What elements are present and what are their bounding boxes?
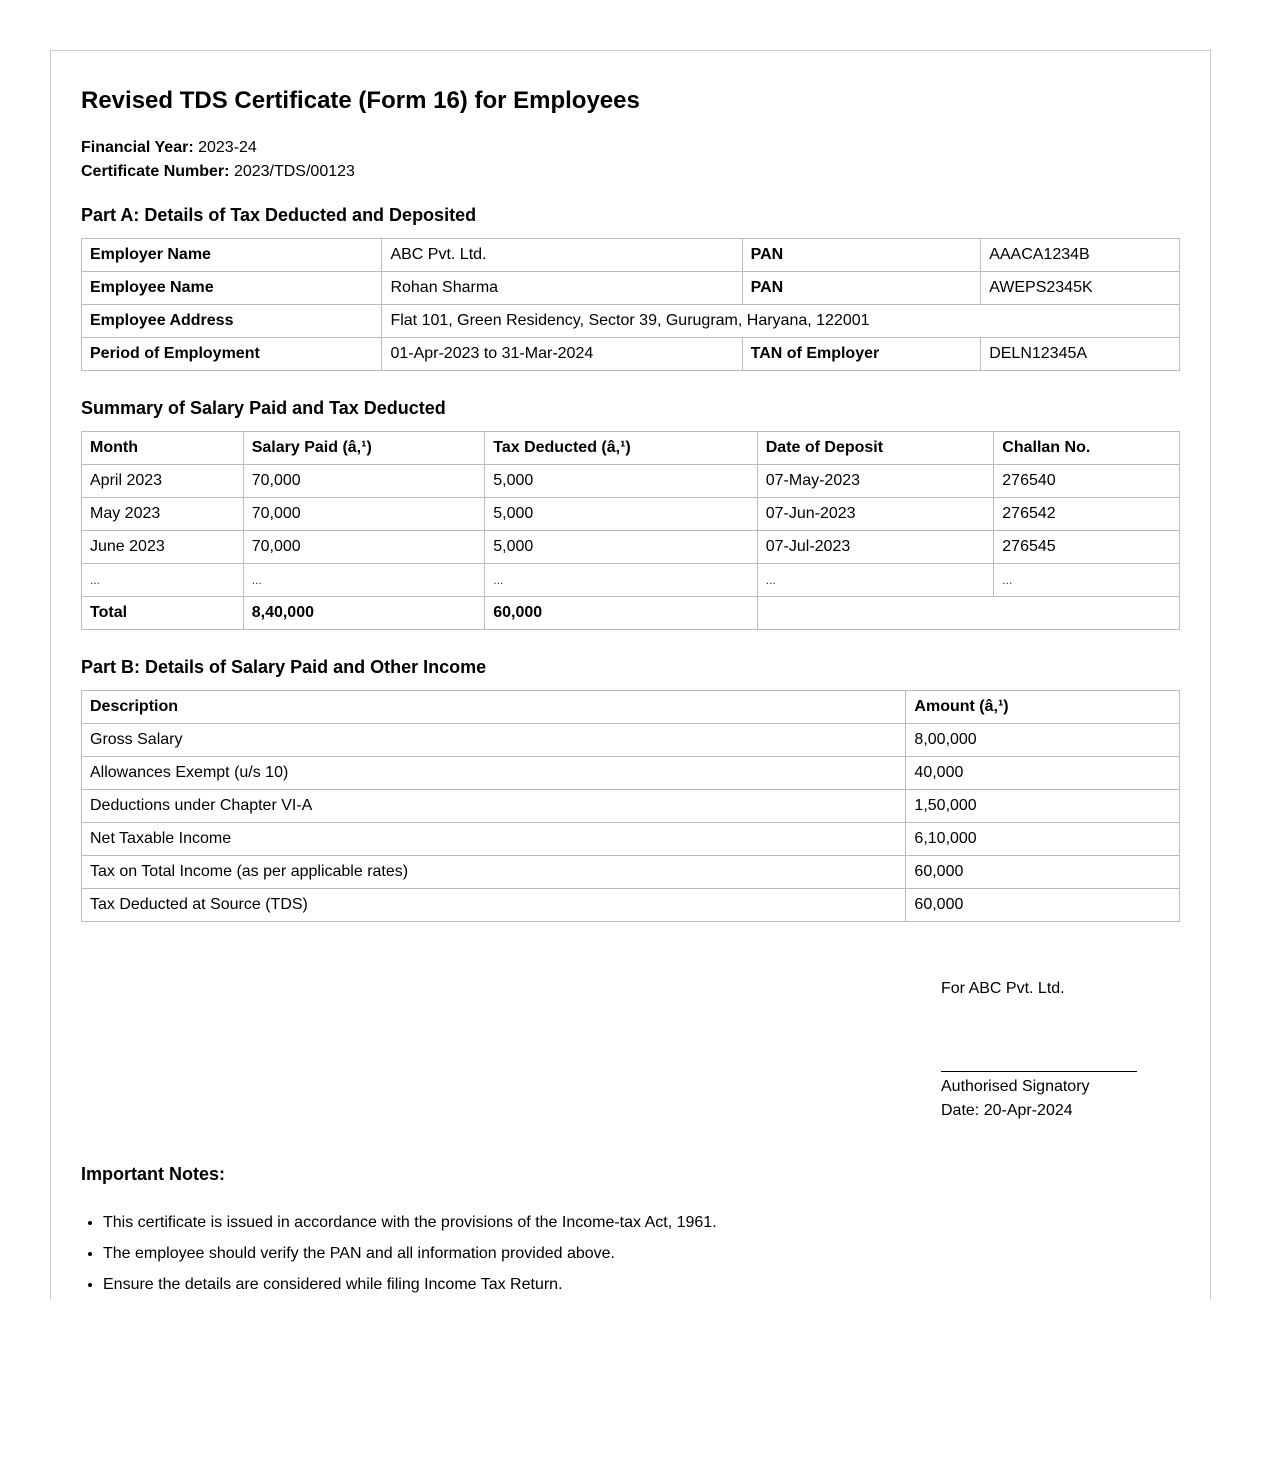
signature-line [941,1071,1137,1072]
amount-cell: 1,50,000 [906,790,1180,823]
employer-name-value: ABC Pvt. Ltd. [382,239,742,272]
table-row: Deductions under Chapter VI-A 1,50,000 [82,790,1180,823]
table-row: Allowances Exempt (u/s 10) 40,000 [82,757,1180,790]
summary-table: Month Salary Paid (â‚¹) Tax Deducted (â‚… [81,431,1180,630]
tan-label: TAN of Employer [742,338,981,371]
part-b-heading: Part B: Details of Salary Paid and Other… [81,656,1180,678]
tax-cell: 5,000 [485,531,757,564]
employer-name-label: Employer Name [82,239,382,272]
month-cell: June 2023 [82,531,244,564]
certificate-number-value: 2023/TDS/00123 [234,163,355,180]
amount-cell: 60,000 [906,889,1180,922]
column-header-description: Description [82,691,906,724]
signature-block: For ABC Pvt. Ltd. Authorised Signatory D… [941,977,1180,1123]
note-item: This certificate is issued in accordance… [103,1213,1180,1233]
amount-cell: 8,00,000 [906,724,1180,757]
total-salary: 8,40,000 [243,597,485,630]
total-tax: 60,000 [485,597,757,630]
employee-name-label: Employee Name [82,272,382,305]
challan-cell: 276542 [994,498,1180,531]
table-row: June 2023 70,000 5,000 07-Jul-2023 27654… [82,531,1180,564]
column-header-month: Month [82,432,244,465]
description-cell: Deductions under Chapter VI-A [82,790,906,823]
employee-name-value: Rohan Sharma [382,272,742,305]
tax-cell: 5,000 [485,498,757,531]
total-label: Total [82,597,244,630]
employee-pan-value: AWEPS2345K [981,272,1180,305]
month-cell: ... [82,564,244,597]
deposit-date-cell: ... [757,564,994,597]
financial-year-label: Financial Year: [81,139,194,156]
challan-cell: 276540 [994,465,1180,498]
table-row: Employee Name Rohan Sharma PAN AWEPS2345… [82,272,1180,305]
table-header-row: Description Amount (â‚¹) [82,691,1180,724]
certificate-number: Certificate Number: 2023/TDS/00123 [81,160,1180,184]
salary-cell: 70,000 [243,465,485,498]
employee-address-value: Flat 101, Green Residency, Sector 39, Gu… [382,305,1180,338]
challan-cell: 276545 [994,531,1180,564]
description-cell: Net Taxable Income [82,823,906,856]
employer-pan-label: PAN [742,239,981,272]
total-empty-cell [757,597,1179,630]
amount-cell: 6,10,000 [906,823,1180,856]
notes-heading: Important Notes: [81,1163,1180,1185]
part-a-table: Employer Name ABC Pvt. Ltd. PAN AAACA123… [81,238,1180,371]
financial-year-value: 2023-24 [198,139,257,156]
column-header-tax-deducted: Tax Deducted (â‚¹) [485,432,757,465]
note-item: The employee should verify the PAN and a… [103,1244,1180,1264]
total-row: Total 8,40,000 60,000 [82,597,1180,630]
deposit-date-cell: 07-Jul-2023 [757,531,994,564]
description-cell: Tax on Total Income (as per applicable r… [82,856,906,889]
challan-cell: ... [994,564,1180,597]
tax-cell: ... [485,564,757,597]
financial-year: Financial Year: 2023-24 [81,136,1180,160]
salary-cell: 70,000 [243,498,485,531]
amount-cell: 60,000 [906,856,1180,889]
for-company: For ABC Pvt. Ltd. [941,977,1180,1001]
column-header-salary-paid: Salary Paid (â‚¹) [243,432,485,465]
certificate-number-label: Certificate Number: [81,163,229,180]
employee-pan-label: PAN [742,272,981,305]
salary-cell: ... [243,564,485,597]
salary-cell: 70,000 [243,531,485,564]
employer-pan-value: AAACA1234B [981,239,1180,272]
period-label: Period of Employment [82,338,382,371]
table-row: April 2023 70,000 5,000 07-May-2023 2765… [82,465,1180,498]
deposit-date-cell: 07-May-2023 [757,465,994,498]
table-row: Period of Employment 01-Apr-2023 to 31-M… [82,338,1180,371]
part-a-heading: Part A: Details of Tax Deducted and Depo… [81,204,1180,226]
table-row: Tax Deducted at Source (TDS) 60,000 [82,889,1180,922]
table-row: Employee Address Flat 101, Green Residen… [82,305,1180,338]
certificate-page: Revised TDS Certificate (Form 16) for Em… [50,50,1211,1300]
table-row: Employer Name ABC Pvt. Ltd. PAN AAACA123… [82,239,1180,272]
signature-date: Date: 20-Apr-2024 [941,1099,1180,1123]
signatory-label: Authorised Signatory [941,1075,1180,1099]
column-header-date-of-deposit: Date of Deposit [757,432,994,465]
notes-list: This certificate is issued in accordance… [81,1213,1180,1295]
employee-address-label: Employee Address [82,305,382,338]
description-cell: Gross Salary [82,724,906,757]
description-cell: Tax Deducted at Source (TDS) [82,889,906,922]
deposit-date-cell: 07-Jun-2023 [757,498,994,531]
page-title: Revised TDS Certificate (Form 16) for Em… [81,86,1180,116]
table-row: May 2023 70,000 5,000 07-Jun-2023 276542 [82,498,1180,531]
table-row: Gross Salary 8,00,000 [82,724,1180,757]
column-header-challan-no: Challan No. [994,432,1180,465]
period-value: 01-Apr-2023 to 31-Mar-2024 [382,338,742,371]
table-row: Net Taxable Income 6,10,000 [82,823,1180,856]
part-b-table: Description Amount (â‚¹) Gross Salary 8,… [81,690,1180,922]
month-cell: April 2023 [82,465,244,498]
table-row: Tax on Total Income (as per applicable r… [82,856,1180,889]
tan-value: DELN12345A [981,338,1180,371]
note-item: Ensure the details are considered while … [103,1275,1180,1295]
summary-heading: Summary of Salary Paid and Tax Deducted [81,397,1180,419]
amount-cell: 40,000 [906,757,1180,790]
viewport: Revised TDS Certificate (Form 16) for Em… [0,0,1263,1300]
column-header-amount: Amount (â‚¹) [906,691,1180,724]
table-row-ellipsis: ... ... ... ... ... [82,564,1180,597]
table-header-row: Month Salary Paid (â‚¹) Tax Deducted (â‚… [82,432,1180,465]
tax-cell: 5,000 [485,465,757,498]
description-cell: Allowances Exempt (u/s 10) [82,757,906,790]
month-cell: May 2023 [82,498,244,531]
